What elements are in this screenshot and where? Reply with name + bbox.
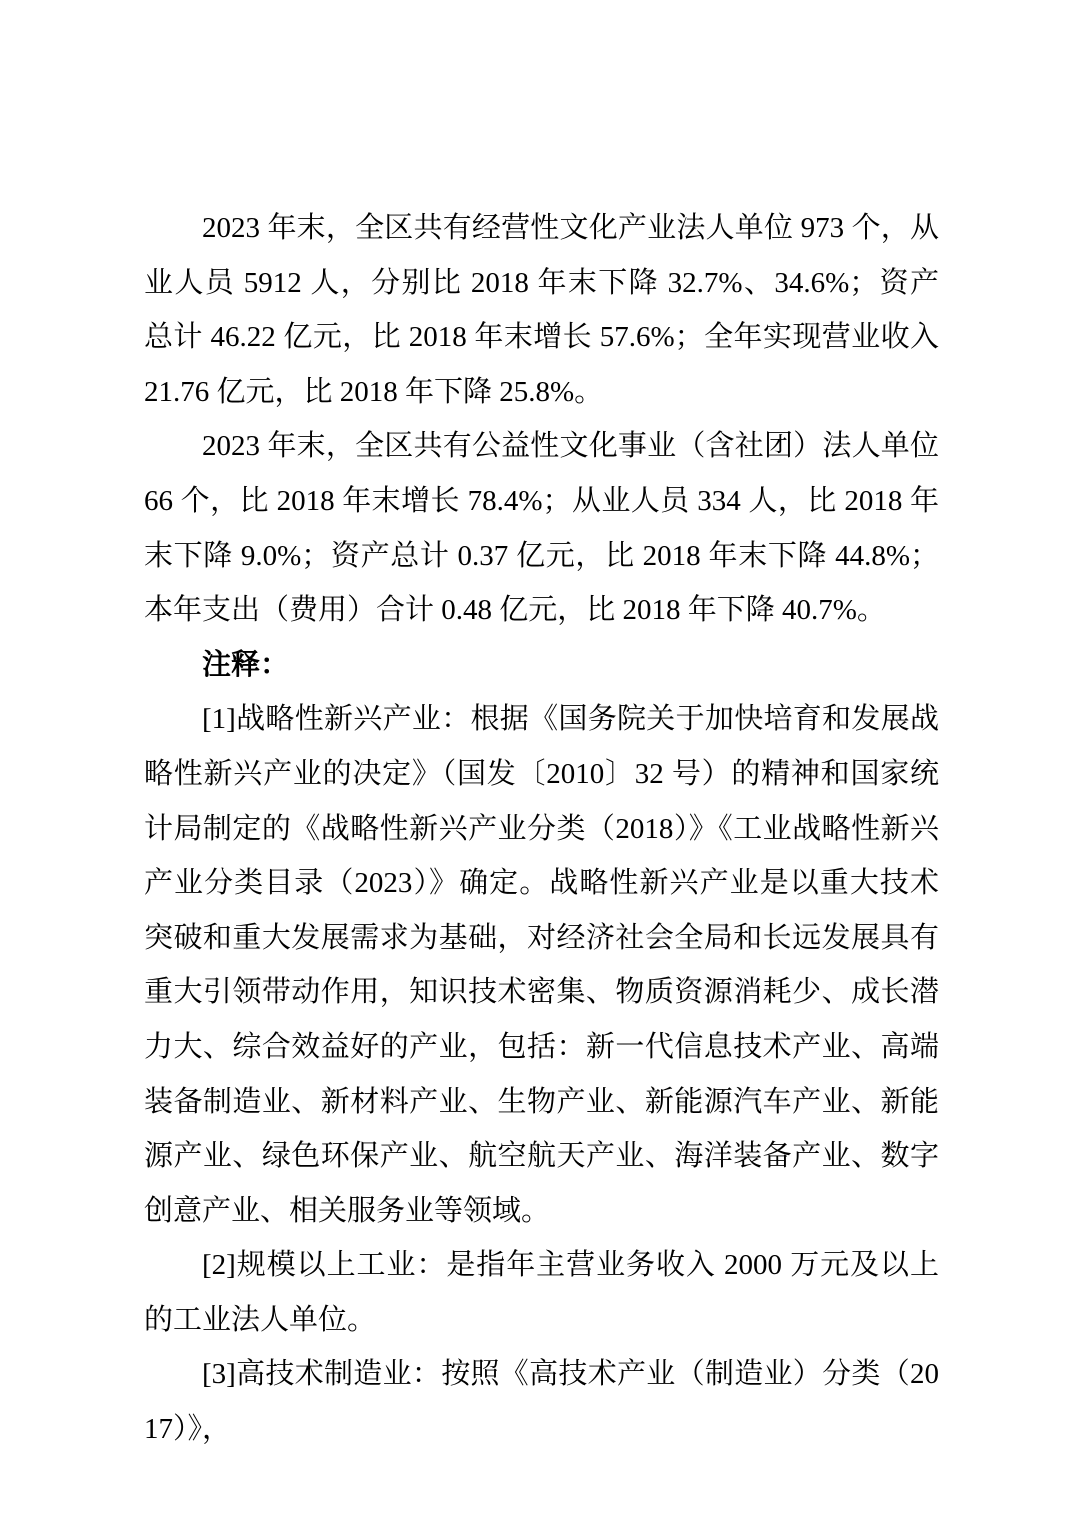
- paragraph-commercial-culture-industry: 2023 年末，全区共有经营性文化产业法人单位 973 个，从业人员 5912 …: [144, 201, 939, 419]
- paragraph-public-culture-institutions: 2023 年末，全区共有公益性文化事业（含社团）法人单位 66 个，比 2018…: [144, 419, 939, 637]
- document-body: 2023 年末，全区共有经营性文化产业法人单位 973 个，从业人员 5912 …: [144, 201, 939, 1457]
- notes-heading: 注释：: [144, 638, 939, 693]
- document-page: 2023 年末，全区共有经营性文化产业法人单位 973 个，从业人员 5912 …: [0, 0, 1074, 1520]
- note-2-above-scale-industry: [2]规模以上工业：是指年主营业务收入 2000 万元及以上的工业法人单位。: [144, 1238, 939, 1347]
- note-1-strategic-emerging-industries: [1]战略性新兴产业：根据《国务院关于加快培育和发展战略性新兴产业的决定》（国发…: [144, 692, 939, 1238]
- note-3-high-tech-manufacturing: [3]高技术制造业：按照《高技术产业（制造业）分类（2017）》，: [144, 1347, 939, 1456]
